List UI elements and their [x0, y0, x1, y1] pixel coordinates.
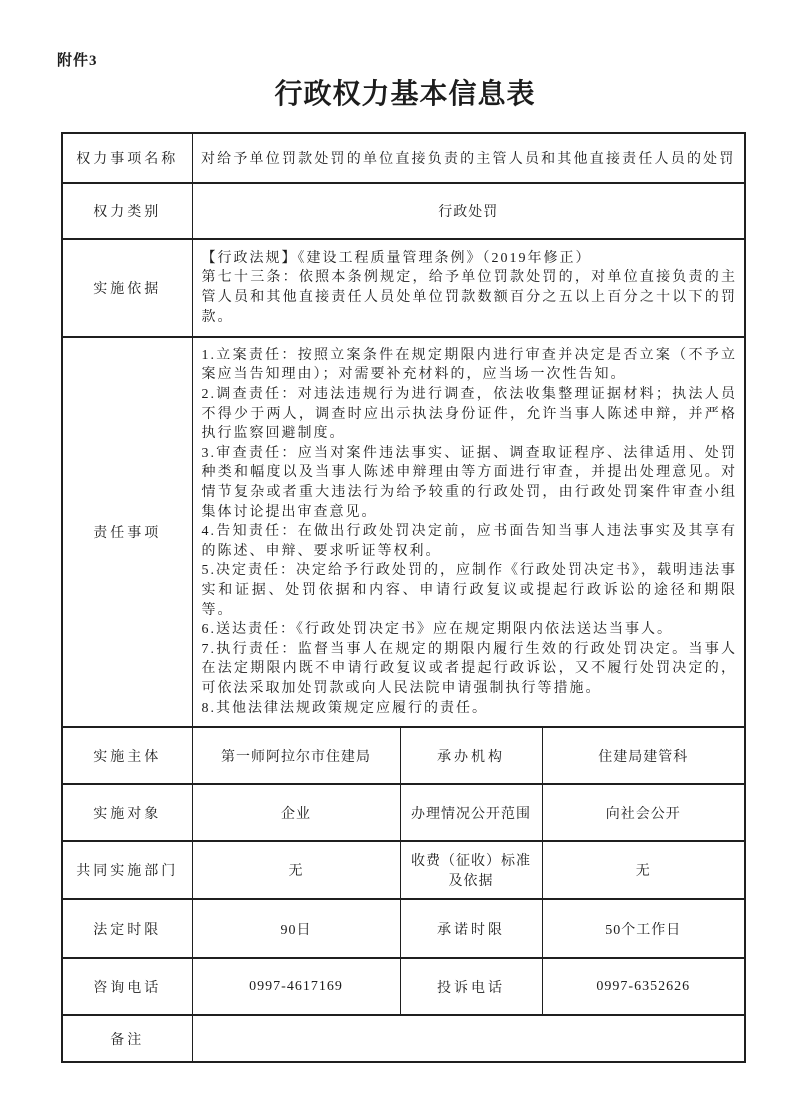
duties-label: 责任事项	[62, 337, 192, 727]
co-dept-label: 共同实施部门	[62, 841, 192, 899]
document-page: 附件3 行政权力基本信息表 权力事项名称 对给予单位罚款处罚的单位直接负责的主管…	[0, 0, 794, 1108]
duty-item: 8.其他法律法规政策规定应履行的责任。	[202, 699, 738, 719]
duty-item: 2.调查责任：对违法违规行为进行调查，依法收集整理证据材料；执法人员不得少于两人…	[202, 385, 738, 444]
attachment-label: 附件3	[57, 49, 98, 70]
agency-label: 承办机构	[400, 727, 542, 784]
basis-line: 第七十三条：依照本条例规定，给予单位罚款处罚的，对单位直接负责的主管人员和其他直…	[202, 268, 738, 327]
category-value: 行政处罚	[192, 183, 745, 239]
complaint-phone-label: 投诉电话	[400, 958, 542, 1015]
publicity-scope-label: 办理情况公开范围	[400, 784, 542, 841]
item-name-label: 权力事项名称	[62, 133, 192, 183]
duty-item: 1.立案责任：按照立案条件在规定期限内进行审查并决定是否立案（不予立案应当告知理…	[202, 346, 738, 385]
duty-item: 4.告知责任：在做出行政处罚决定前，应书面告知当事人违法事实及其享有的陈述、申辩…	[202, 522, 738, 561]
agency-value: 住建局建管科	[542, 727, 745, 784]
promised-time-value: 50个工作日	[542, 899, 745, 958]
page-title: 行政权力基本信息表	[0, 79, 794, 111]
basis-label: 实施依据	[62, 239, 192, 337]
row-target: 实施对象 企业 办理情况公开范围 向社会公开	[62, 784, 745, 841]
duty-item: 5.决定责任：决定给予行政处罚的，应制作《行政处罚决定书》，载明违法事实和证据、…	[202, 561, 738, 620]
basis-line: 【行政法规】《建设工程质量管理条例》（2019年修正）	[202, 249, 738, 269]
publicity-scope-value: 向社会公开	[542, 784, 745, 841]
duty-item: 3.审查责任：应当对案件违法事实、证据、调查取证程序、法律适用、处罚种类和幅度以…	[202, 444, 738, 522]
row-basis: 实施依据 【行政法规】《建设工程质量管理条例》（2019年修正） 第七十三条：依…	[62, 239, 745, 337]
complaint-phone-value: 0997-6352626	[542, 958, 745, 1015]
row-subject: 实施主体 第一师阿拉尔市住建局 承办机构 住建局建管科	[62, 727, 745, 784]
info-table: 权力事项名称 对给予单位罚款处罚的单位直接负责的主管人员和其他直接责任人员的处罚…	[61, 132, 746, 1063]
basis-value: 【行政法规】《建设工程质量管理条例》（2019年修正） 第七十三条：依照本条例规…	[192, 239, 745, 337]
remark-value	[192, 1015, 745, 1062]
legal-time-label: 法定时限	[62, 899, 192, 958]
co-dept-value: 无	[192, 841, 400, 899]
legal-time-value: 90日	[192, 899, 400, 958]
row-item-name: 权力事项名称 对给予单位罚款处罚的单位直接负责的主管人员和其他直接责任人员的处罚	[62, 133, 745, 183]
row-duties: 责任事项 1.立案责任：按照立案条件在规定期限内进行审查并决定是否立案（不予立案…	[62, 337, 745, 727]
row-category: 权力类别 行政处罚	[62, 183, 745, 239]
subject-value: 第一师阿拉尔市住建局	[192, 727, 400, 784]
subject-label: 实施主体	[62, 727, 192, 784]
item-name-value: 对给予单位罚款处罚的单位直接负责的主管人员和其他直接责任人员的处罚	[192, 133, 745, 183]
remark-label: 备注	[62, 1015, 192, 1062]
duties-value: 1.立案责任：按照立案条件在规定期限内进行审查并决定是否立案（不予立案应当告知理…	[192, 337, 745, 727]
row-time-limit: 法定时限 90日 承诺时限 50个工作日	[62, 899, 745, 958]
target-value: 企业	[192, 784, 400, 841]
inquiry-phone-label: 咨询电话	[62, 958, 192, 1015]
fee-standard-value: 无	[542, 841, 745, 899]
fee-standard-label: 收费（征收）标准及依据	[400, 841, 542, 899]
row-co-dept: 共同实施部门 无 收费（征收）标准及依据 无	[62, 841, 745, 899]
promised-time-label: 承诺时限	[400, 899, 542, 958]
duty-item: 6.送达责任：《行政处罚决定书》应在规定期限内依法送达当事人。	[202, 620, 738, 640]
inquiry-phone-value: 0997-4617169	[192, 958, 400, 1015]
row-remark: 备注	[62, 1015, 745, 1062]
row-phone: 咨询电话 0997-4617169 投诉电话 0997-6352626	[62, 958, 745, 1015]
target-label: 实施对象	[62, 784, 192, 841]
category-label: 权力类别	[62, 183, 192, 239]
duty-item: 7.执行责任：监督当事人在规定的期限内履行生效的行政处罚决定。当事人在法定期限内…	[202, 640, 738, 699]
